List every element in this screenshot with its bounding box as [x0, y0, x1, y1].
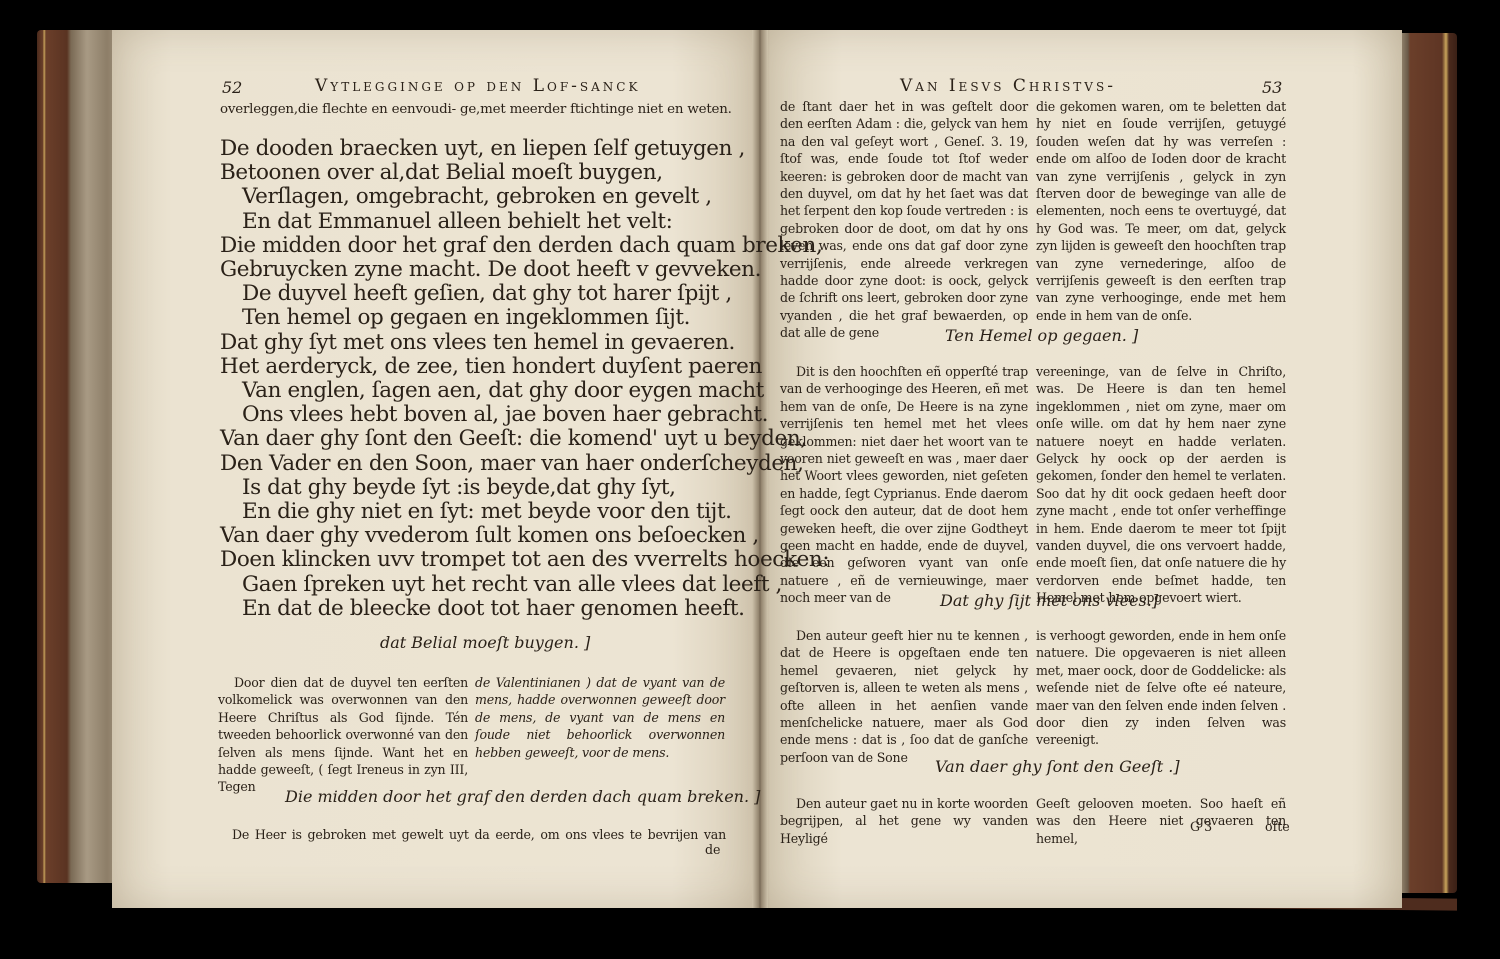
- commentary-text: Den auteur geeft hier nu te kennen , dat…: [780, 627, 1028, 766]
- commentary-text: De Heer is gebroken met gewelt uyt da ee…: [232, 826, 726, 843]
- commentary-text: vereeninge, van de ſelve in Chriſto, was…: [1036, 363, 1286, 607]
- commentary-column: de ſtant daer het in was geſtelt door de…: [780, 98, 1028, 342]
- verse-line: En dat Emmanuel alleen behielt het velt:: [220, 210, 829, 234]
- commentary-column: die gekomen waren, om te beletten dat hy…: [1036, 98, 1286, 324]
- verse-line: Van daer ghy ſont den Geeſt: die komend'…: [220, 427, 829, 451]
- book-cover-left: [37, 30, 117, 883]
- section-heading: Van daer ghy ſont den Geeſt .]: [935, 757, 1180, 776]
- verse-line: De dooden braecken uyt, en liepen ſelf g…: [220, 137, 829, 161]
- section-heading: Die midden door het graf den derden dach…: [285, 787, 760, 806]
- catchword: de: [705, 842, 721, 857]
- verse-line: De duyvel heeft geſien, dat ghy tot hare…: [220, 282, 829, 306]
- verse-line: Die midden door het graf den derden dach…: [220, 234, 829, 258]
- right-running-head: Van Iesvs Christvs-: [900, 76, 1116, 96]
- commentary-column: Den auteur gaet nu in korte woorden begr…: [780, 795, 1028, 847]
- verse-line: Van englen, ſagen aen, dat ghy door eyge…: [220, 379, 829, 403]
- commentary-column: Dit is den hoochſten eñ opperſté trap va…: [780, 363, 1028, 607]
- section-heading: Dat ghy ſijt met ons vlees.]: [940, 591, 1158, 610]
- verse-line: Het aerderyck, de zee, tien hondert duyſ…: [220, 355, 829, 379]
- verse-line: Dat ghy ſyt met ons vlees ten hemel in g…: [220, 331, 829, 355]
- commentary-column: vereeninge, van de ſelve in Chriſto, was…: [1036, 363, 1286, 607]
- verse-line: Doen klincken uvv trompet tot aen des vv…: [220, 548, 829, 572]
- left-page-number: 52: [222, 78, 242, 97]
- commentary-column: Den auteur geeft hier nu te kennen , dat…: [780, 627, 1028, 766]
- verse-line: Gaen ſpreken uyt het recht van alle vlee…: [220, 573, 829, 597]
- commentary-column: Door dien dat de duyvel ten eerſten volk…: [218, 674, 468, 796]
- commentary-column: Geeſt gelooven moeten. Soo haeſt eñ was …: [1036, 795, 1286, 847]
- commentary-text: Door dien dat de duyvel ten eerſten volk…: [218, 674, 468, 796]
- poem-verse: De dooden braecken uyt, en liepen ſelf g…: [220, 137, 829, 621]
- open-book: 52 Vytlegginge op den Lof-sanck overlegg…: [0, 0, 1500, 959]
- commentary-text: Den auteur gaet nu in korte woorden begr…: [780, 795, 1028, 847]
- commentary-text: is verhoogt geworden, ende in hem onſe n…: [1036, 627, 1286, 749]
- commentary-text: de ſtant daer het in was geſtelt door de…: [780, 98, 1028, 342]
- right-page-number: 53: [1262, 78, 1282, 97]
- verse-line: En die ghy niet en ſyt: met beyde voor d…: [220, 500, 829, 524]
- verse-line: Is dat ghy beyde ſyt :is beyde,dat ghy ſ…: [220, 476, 829, 500]
- section-heading: dat Belial moeſt buygen. ]: [380, 633, 590, 652]
- commentary-text: die gekomen waren, om te beletten dat hy…: [1036, 98, 1286, 324]
- commentary-column: de Valentinianen ) dat de vyant van de m…: [475, 674, 725, 761]
- verse-line: Ten hemel op gegaen en ingeklommen ſijt.: [220, 306, 829, 330]
- catchword: ofte: [1265, 819, 1290, 834]
- commentary-text: Geeſt gelooven moeten. Soo haeſt eñ was …: [1036, 795, 1286, 847]
- verse-line: En dat de bleecke doot tot haer genomen …: [220, 597, 829, 621]
- left-running-head: Vytlegginge op den Lof-sanck: [315, 76, 640, 96]
- verse-line: Betoonen over al,dat Belial moeſt buygen…: [220, 161, 829, 185]
- commentary-column: is verhoogt geworden, ende in hem onſe n…: [1036, 627, 1286, 749]
- verse-line: Van daer ghy vvederom ſult komen ons beſ…: [220, 524, 829, 548]
- section-heading: Ten Hemel op gegaen. ]: [945, 326, 1138, 345]
- verse-line: Den Vader en den Soon, maer van haer ond…: [220, 452, 829, 476]
- commentary-text: Dit is den hoochſten eñ opperſté trap va…: [780, 363, 1028, 607]
- left-top-line: overleggen,die flechte en eenvoudi- ge,m…: [220, 101, 732, 118]
- signature-mark: G 3: [1190, 819, 1212, 834]
- verse-line: Verſlagen, omgebracht, gebroken en gevel…: [220, 185, 829, 209]
- verse-line: Ons vlees hebt boven al, jae boven haer …: [220, 403, 829, 427]
- verse-line: Gebruycken zyne macht. De doot heeft v g…: [220, 258, 829, 282]
- commentary-text: de Valentinianen ) dat de vyant van de m…: [475, 674, 725, 761]
